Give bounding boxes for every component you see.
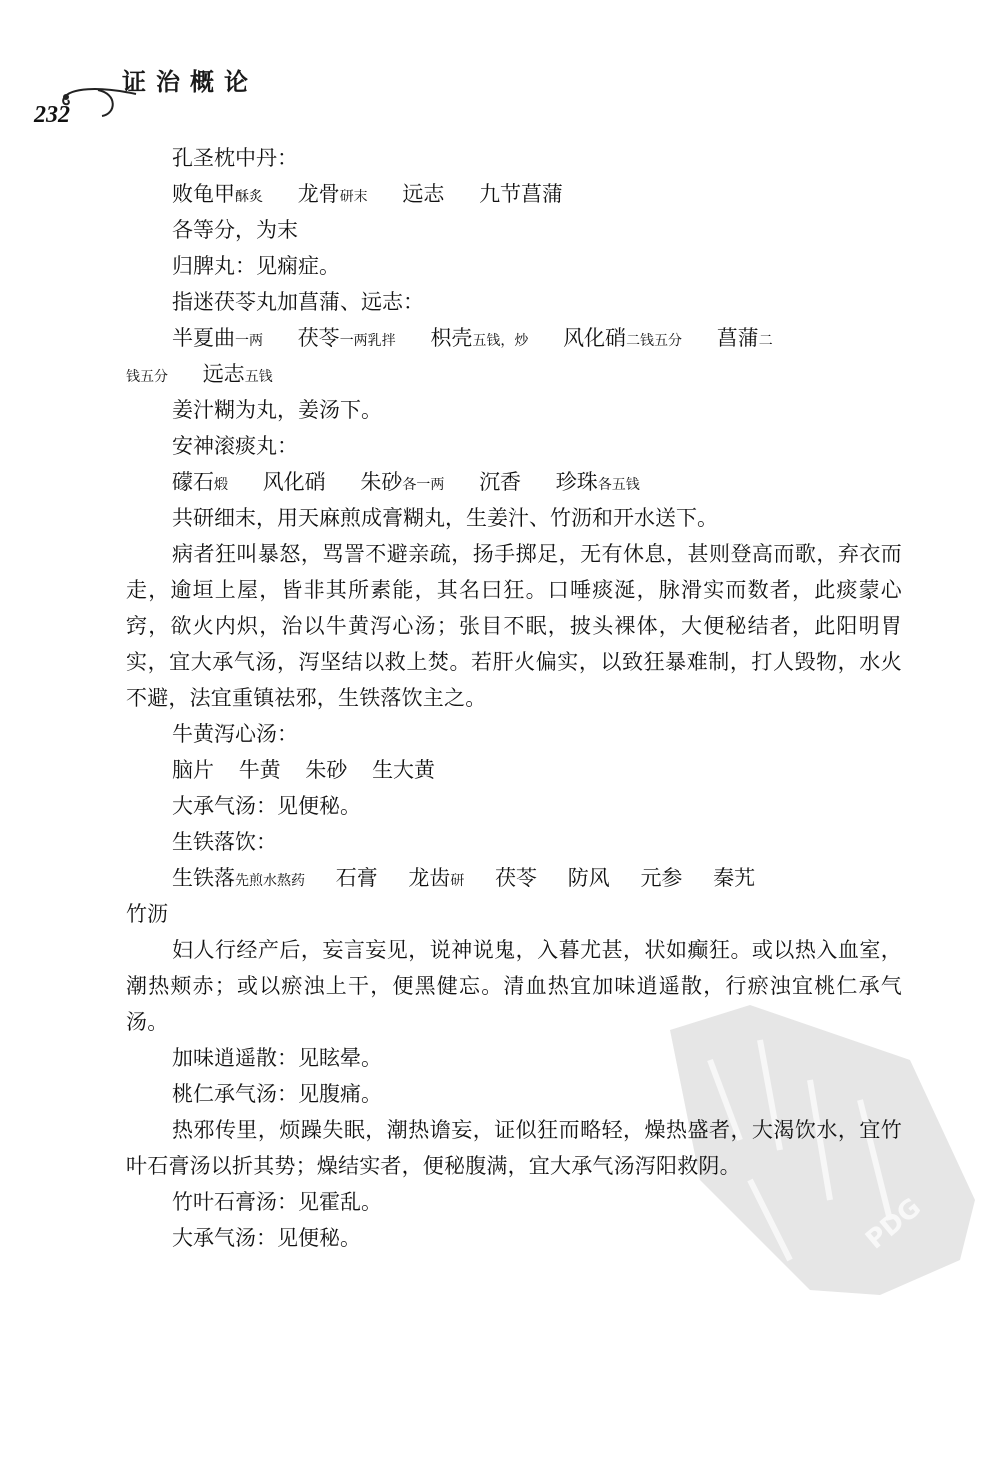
flourish-ornament-icon xyxy=(58,84,138,124)
cross-reference: 竹叶石膏汤：见霍乱。 xyxy=(126,1184,902,1220)
cross-reference: 大承气汤：见便秘。 xyxy=(126,788,902,824)
cross-reference: 桃仁承气汤：见腹痛。 xyxy=(126,1076,902,1112)
formula-title: 孔圣枕中丹： xyxy=(126,140,902,176)
formula-title: 安神滚痰丸： xyxy=(126,428,902,464)
preparation-method: 共研细末，用天麻煎成膏糊丸，生姜汁、竹沥和开水送下。 xyxy=(126,500,902,536)
formula-title: 指迷茯苓丸加菖蒲、远志： xyxy=(126,284,902,320)
body-paragraph: 热邪传里，烦躁失眠，潮热谵妄，证似狂而略轻，燥热盛者，大渴饮水，宜竹叶石膏汤以折… xyxy=(126,1112,902,1184)
preparation-method: 各等分，为末 xyxy=(126,212,902,248)
cross-reference: 加味逍遥散：见眩晕。 xyxy=(126,1040,902,1076)
herb-list-continued: 竹沥 xyxy=(126,896,902,932)
herb-list: 礞石煅 风化硝 朱砂各一两 沉香 珍珠各五钱 xyxy=(126,464,902,500)
running-title: 证治概论 xyxy=(122,62,258,97)
herb-list: 脑片 牛黄 朱砂 生大黄 xyxy=(126,752,902,788)
herb-list: 败龟甲酥炙 龙骨研末 远志 九节菖蒲 xyxy=(126,176,902,212)
formula-title: 生铁落饮： xyxy=(126,824,902,860)
herb-list: 生铁落先煎水熬药 石膏 龙齿研 茯苓 防风 元参 秦艽 xyxy=(126,860,902,896)
page-number: 232 xyxy=(34,102,70,129)
formula-title: 牛黄泻心汤： xyxy=(126,716,902,752)
body-paragraph: 妇人行经产后，妄言妄见，说神说鬼，入暮尤甚，状如癫狂。或以热入血室，潮热颊赤；或… xyxy=(126,932,902,1040)
preparation-method: 姜汁糊为丸，姜汤下。 xyxy=(126,392,902,428)
cross-reference: 大承气汤：见便秘。 xyxy=(126,1220,902,1256)
herb-list: 半夏曲一两 茯苓一两乳拌 枳壳五钱，炒 风化硝二钱五分 菖蒲二 xyxy=(126,320,902,356)
cross-reference: 归脾丸：见痫症。 xyxy=(126,248,902,284)
body-paragraph: 病者狂叫暴怒，骂詈不避亲疏，扬手掷足，无有休息，甚则登高而歌，弃衣而走，逾垣上屋… xyxy=(126,536,902,716)
herb-list-continued: 钱五分 远志五钱 xyxy=(126,356,902,392)
page-body: 孔圣枕中丹： 败龟甲酥炙 龙骨研末 远志 九节菖蒲 各等分，为末 归脾丸：见痫症… xyxy=(126,140,902,1256)
